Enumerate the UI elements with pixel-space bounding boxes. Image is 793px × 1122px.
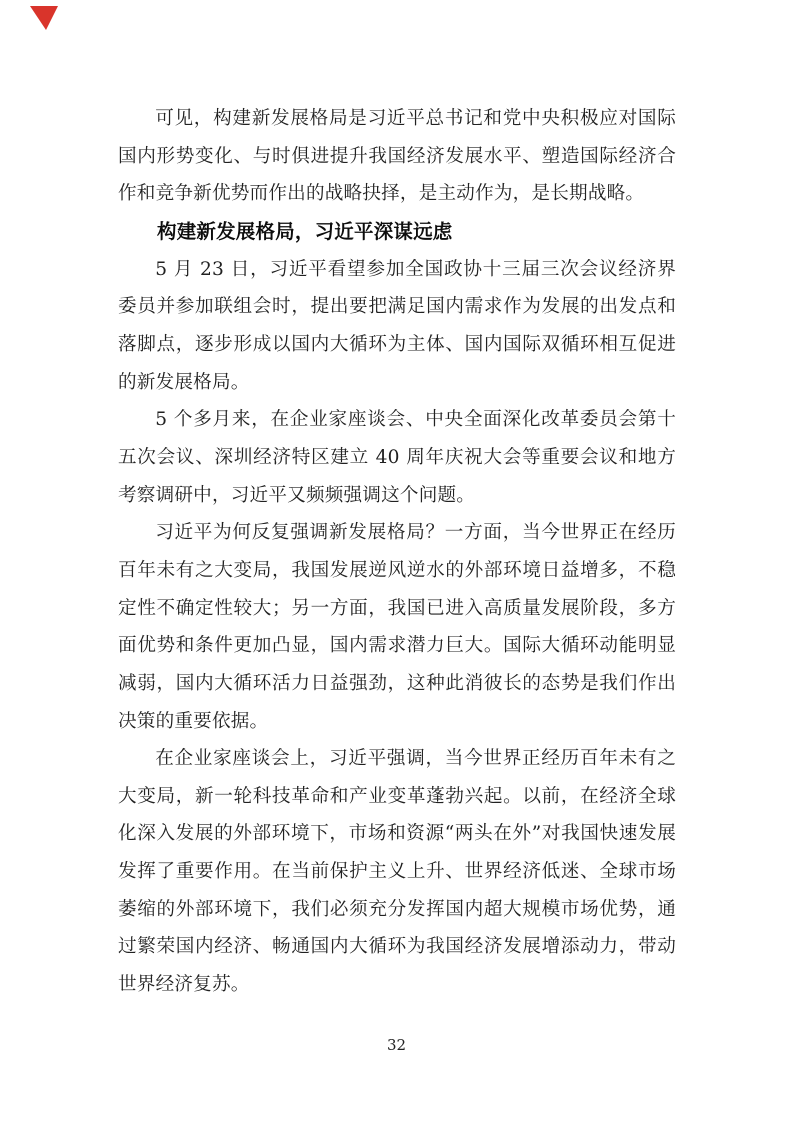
document-body: 可见，构建新发展格局是习近平总书记和党中央积极应对国际国内形势变化、与时俱进提升… — [118, 100, 676, 1004]
page-number: 32 — [0, 1036, 793, 1054]
corner-marker-icon — [30, 6, 58, 30]
document-page: 可见，构建新发展格局是习近平总书记和党中央积极应对国际国内形势变化、与时俱进提升… — [0, 0, 793, 1122]
paragraph: 5 月 23 日，习近平看望参加全国政协十三届三次会议经济界委员并参加联组会时，… — [118, 251, 676, 402]
paragraph: 在企业家座谈会上，习近平强调，当今世界正经历百年未有之大变局，新一轮科技革命和产… — [118, 740, 676, 1004]
paragraph: 5 个多月来，在企业家座谈会、中央全面深化改革委员会第十五次会议、深圳经济特区建… — [118, 401, 676, 514]
section-heading: 构建新发展格局，习近平深谋远虑 — [118, 213, 676, 251]
paragraph: 可见，构建新发展格局是习近平总书记和党中央积极应对国际国内形势变化、与时俱进提升… — [118, 100, 676, 213]
paragraph: 习近平为何反复强调新发展格局？一方面，当今世界正在经历百年未有之大变局，我国发展… — [118, 514, 676, 740]
